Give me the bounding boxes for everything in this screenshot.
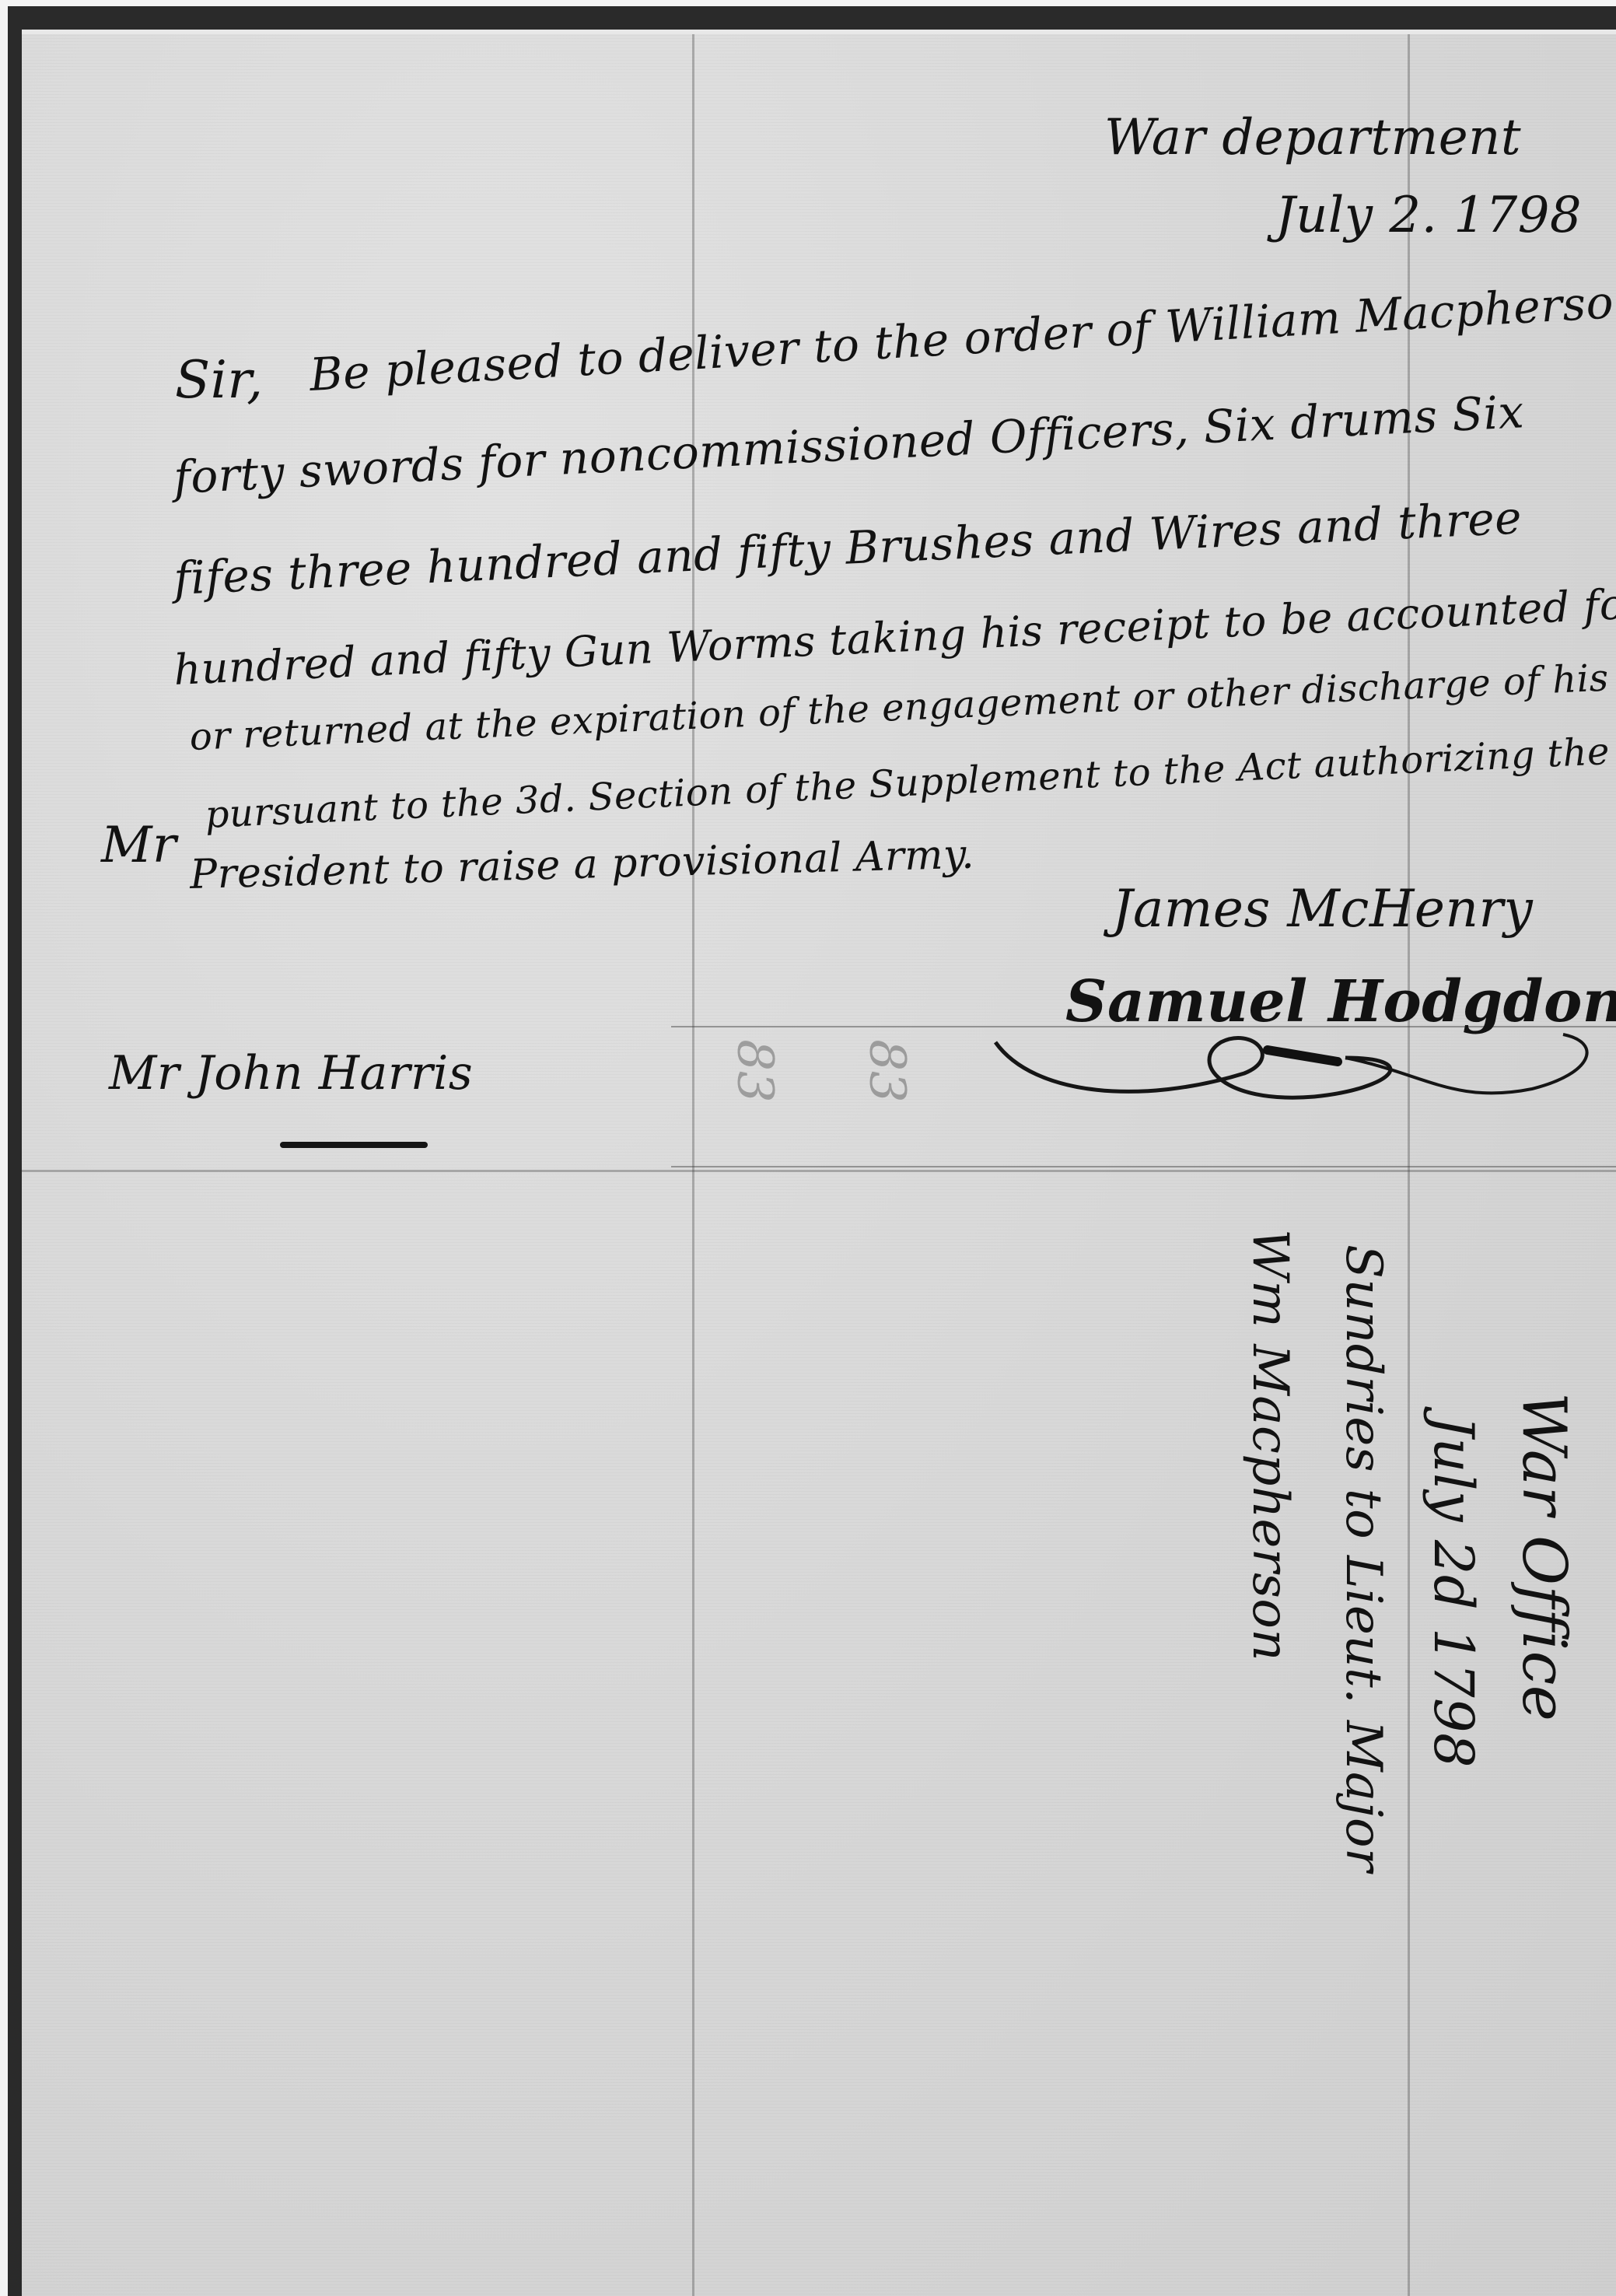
docket-line-3: Sundries to Lieut. Major bbox=[1334, 1244, 1392, 1872]
docket-line-1: War Office bbox=[1509, 1392, 1579, 1721]
addressee: Mr John Harris bbox=[109, 1046, 473, 1101]
letter-department: War department bbox=[1104, 109, 1521, 166]
signature-flourish-icon bbox=[988, 1027, 1610, 1112]
ruled-line-lower bbox=[671, 1166, 1616, 1167]
letter-date: July 2. 1798 bbox=[1275, 187, 1582, 244]
salutation: Sir, bbox=[175, 350, 264, 410]
addressee-underline bbox=[280, 1142, 428, 1148]
docket-line-2: July 2d 1798 bbox=[1422, 1416, 1485, 1768]
faint-mark-1: 83 bbox=[726, 1039, 784, 1102]
fold-line-horizontal bbox=[22, 1170, 1616, 1172]
docket-endorsement: War Office July 2d 1798 Sundries to Lieu… bbox=[350, 1198, 972, 2053]
docket-line-4: Wm Macpherson bbox=[1241, 1229, 1299, 1661]
signature-mchenry: James McHenry bbox=[1112, 879, 1533, 939]
margin-note: Mr bbox=[101, 817, 177, 874]
faint-mark-2: 83 bbox=[859, 1039, 916, 1102]
signature-hodgdon: Samuel Hodgdon bbox=[1065, 968, 1616, 1035]
fold-line-vertical-right bbox=[1408, 34, 1410, 2296]
